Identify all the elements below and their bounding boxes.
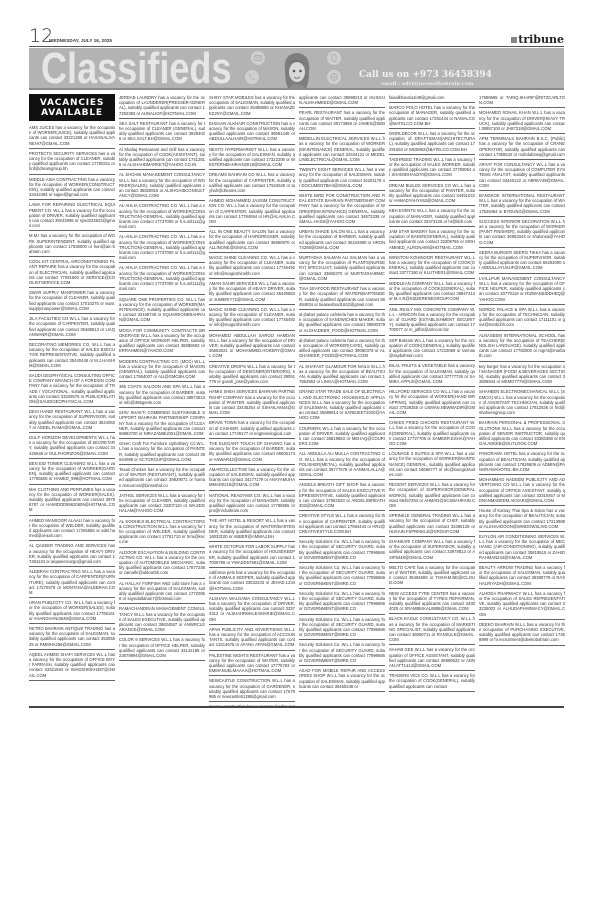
classified-ad: RETRO BAHRAIN ANTIQUE TRADING has a vaca…	[29, 625, 115, 650]
classified-ad: House of Kamay Thai Spa & Salon has a va…	[479, 507, 565, 532]
classified-ad: URBAN SHADE SALON W.L.L has a vacancy fo…	[299, 228, 385, 253]
classified-ad: PROTECTS SECURITY SERVICES has a vacancy…	[29, 150, 115, 175]
classified-ad: BEN EID TOWER CLEANING W.L.L has a vacan…	[29, 460, 115, 485]
classified-ad: ANIL REXLY MIX CONCRETE COMPANY W.L.L - …	[389, 306, 475, 336]
column-2: JERDAB LAUNDRY has a vacancy for the occ…	[119, 94, 205, 706]
classified-ad: Security Solutions Co. W.L.L has a vacan…	[299, 538, 385, 563]
classified-ad: DREAM BUILDS SERVICES CO W.L.L has a vac…	[389, 182, 475, 207]
classified-ad: WHITE BIRD FOR CONSTRUCTION AND REAL EST…	[299, 192, 385, 227]
classified-ad: JERDAB LAUNDRY has a vacancy for the occ…	[119, 94, 205, 119]
classified-ad: THE ELEGANT TOUCH OF SHAVING has a vacan…	[209, 440, 295, 465]
classified-ad: MIDDLEAN COMPANY W.L.L has a vacancy for…	[389, 280, 475, 305]
classified-ad: DEEKO BAHRAIN W.L.L has a vacancy for th…	[479, 621, 565, 646]
classified-ad: CREATIVE DROPS W.L.L has a vacancy for t…	[209, 363, 295, 388]
classified-ad: AMAN SAHIR SERVICES W.L.L has a vacancy …	[209, 280, 295, 305]
classified-ad: 17586595 or TARIQ.SHARIF@RITZCARLTON.COM	[479, 94, 565, 108]
classified-ad: MEDELLIN ELECTRICAL SERVICES W.L.L has a…	[299, 135, 385, 165]
classified-ad: ALDOOR EXCAVATION & BUILDING CONTRACTING…	[119, 549, 205, 579]
classified-ad: key burger has a vacancy for the occupat…	[479, 363, 565, 388]
classified-ad: PANORAMA HOTEL has a vacancy for the occ…	[479, 450, 565, 475]
classified-ad: SEA SALT RESTAURANT has a vacancy for th…	[119, 120, 205, 145]
classified-ad: ALHODA PHARMACY W.L.L has a vacancy for …	[479, 590, 565, 620]
classified-ad: JATHOL SERVICES W.L.L has a vacancy for …	[119, 492, 205, 517]
classifieds-columns: VACANCIES AVAILABLE AMS JUICES has a vac…	[29, 94, 564, 706]
classified-ad: applicants can contact 39998213 or HUSSA…	[299, 94, 385, 108]
classified-ad: NEWCASTLE CONSTRUCTION W.L.L has a vacan…	[209, 677, 295, 702]
classified-ad: CREATIVE STYLE W.L.L has a vacancy for t…	[299, 512, 385, 537]
classified-ad: GRAND STAR TRADE SALE OF ELECTRICAL AND …	[299, 388, 385, 423]
classified-ad: AL SHOAIB MANAGEMENT CONSULTANCY W.L.L h…	[119, 171, 205, 201]
mail-icon	[251, 51, 265, 65]
classified-ad: MAGIC SHINE CLEANING CO. W.L.L has a vac…	[209, 306, 295, 331]
classified-ad: SEERA BURGER SEERO TIKKA has a vacancy f…	[479, 249, 565, 274]
classified-ad: 365 COATS SALOON AND SPA W.L.L has a vac…	[119, 383, 205, 408]
classified-ad: AL HALLAY FORFISH AND cold store has a v…	[119, 580, 205, 605]
classified-ad: ALNASEEM INTERNATIONAL SCHOOL has a vaca…	[479, 332, 565, 362]
classified-ad: BANGKOK INTERNATIONAL RESTAURANT W.L.L h…	[479, 192, 565, 217]
heading-line-2: AVAILABLE	[29, 108, 115, 118]
email-text: email : advt@newsofbahrain.com	[381, 81, 473, 87]
classified-ad: Security Solutions Co. W.L.L has a vacan…	[299, 564, 385, 589]
classified-ad: GULF HORIZON DEVELOPMENTS W.L.L has a va…	[29, 434, 115, 459]
classified-ad: SAUDI GEOPHYSICAL CONSULTING OFFICE COMP…	[29, 372, 115, 407]
classified-ad: faisalkhanniazi49@gmail.com	[389, 94, 475, 103]
classified-ad: SHINY STAR MOBILES has a vacancy for the…	[209, 94, 295, 119]
heading-line-1: VACANCIES	[29, 98, 115, 108]
classified-ad: ALSHAYA WALGAMA CONSULTANCY W.L.L has a …	[209, 595, 295, 625]
phone-icon	[245, 70, 259, 84]
classified-ad: MARCO POLO HOTEL has a vacancy for the o…	[389, 104, 475, 129]
classified-ad: TIAA SEAFOOD RESTAURANT has a vacancy fo…	[299, 285, 385, 310]
classified-ad: COURIERX W.L.L has a vacancy for the occ…	[299, 425, 385, 450]
classified-ad: APM TERMINALS BAHRAIN B.S.C. (Public) ha…	[479, 135, 565, 160]
classified-ad: Security Solutions Co. W.L.L has a vacan…	[299, 616, 385, 641]
classified-ad: ALEBRAH CONTRACTING W.L.L has a vacancy …	[29, 568, 115, 598]
classified-ad: AL KOOHEJI ELECTRICAL CONTRACTORS & CONS…	[119, 518, 205, 548]
classified-ad: MIDDLE ASIA CONTRACTING has a vacancy fo…	[29, 176, 115, 201]
classified-ad: NATIONAL READYMIX CO. W.L.L has a vacanc…	[209, 492, 295, 517]
classified-ad: ANGELS BREATH GIFT SHOP has a vacancy fo…	[299, 481, 385, 511]
classified-ad: al-jhaber palace cafeteria has a vacancy…	[299, 311, 385, 336]
classified-ad: AHMED MOHAMMED JASSIM CONSTRUCTION CO. W…	[209, 197, 295, 227]
classified-ad: Green Craft For Furniture Upholstery Co.…	[119, 440, 205, 465]
classified-ad: MODERN CONTRACTING CO. (MCC) W.L.L has a…	[119, 358, 205, 383]
classified-ad: Security Solutions Co. W.L.L has a vacan…	[299, 590, 385, 615]
classified-ad: ALL ABDULLA ALI MULLA CONTRACTING CO. W.…	[299, 450, 385, 480]
classified-ad: HILLFORD SERVICES CO W.L.L has a vacancy…	[389, 388, 475, 418]
classified-ad: APAN PUBLICITY AND ADVERTISING W.L.L has…	[209, 626, 295, 651]
classified-ad: Al Shafaq Restaurant and Grill has a vac…	[119, 146, 205, 171]
globe-icon	[327, 70, 341, 84]
classified-ad: ASAD FOR MOBILE REPAIR AND ACCESSORIES S…	[299, 667, 385, 692]
classified-ad: PALESTINE NIGHTS RESTAURANT has a vacanc…	[209, 652, 295, 677]
classified-ad: EUYLON AIR CONDITIONING SERVICES W.L.L h…	[479, 533, 565, 563]
classified-ad: al-jhaber palace cafeteria has a vacancy…	[299, 337, 385, 362]
classified-ad: PEARL RESTAURANT has a vacancy for the o…	[299, 109, 385, 134]
classified-ad: MOHAMMAD NADEEM PUBLICITY AND ADVERTISIN…	[479, 476, 565, 506]
classified-ad: SSP Bahrain W.L.L has a vacancy for the …	[389, 337, 475, 362]
classified-ad: EHSAAN ALKHAIR CONSTRUCTION has a vacanc…	[209, 120, 295, 145]
mobile-icon	[327, 51, 341, 65]
classified-ad: AHMED MANSOOR ALAALI has a vacancy for t…	[29, 517, 115, 542]
classified-ad: COLOR 9 SERVICES W.L.L has a vacancy for…	[119, 636, 205, 661]
classified-ad: AL-AHLIA CONTRACTING CO. W.L.L has a vac…	[119, 233, 205, 263]
classified-ad: Security Solutions Co. W.L.L has a vacan…	[299, 641, 385, 666]
classified-ad: BEAUTY ARROW TRADING has a vacancy for t…	[479, 564, 565, 589]
classified-ad: SAHAB GEE W.L.L has a vacancy for the oc…	[389, 646, 475, 671]
classified-ad: AL-AHLIA CONTRACTING CO. W.L.L has a vac…	[119, 264, 205, 294]
column-5: faisalkhanniazi49@gmail.com MARCO POLO H…	[389, 94, 475, 706]
publication-date: WEDNESDAY, JULY 16, 2025	[49, 38, 112, 43]
classified-ad: MOGA FOR COMMUNITY CONTRACTS BROKERAGE W…	[119, 327, 205, 357]
classified-ad: WORLDECOR W.L.L has a vacancy for the oc…	[389, 130, 475, 155]
classified-ad: WHITE OCTOPUS FOR LABOR SUPPLY has a vac…	[209, 543, 295, 568]
classified-ad: AL QASEER TRADING AND SERVICES has a vac…	[29, 542, 115, 567]
classified-ad: KBH EVENTS W.L.L has a vacancy for the o…	[389, 207, 475, 227]
classified-ad: AL SHAFAST GLAMOUR FOR NAILS W.L.L has a…	[299, 363, 385, 388]
classified-ad: AMS JUICES has a vacancy for the occupat…	[29, 124, 115, 149]
classified-ad: NEW ACCESS TYRE CENTER has a vacancy for…	[389, 590, 475, 615]
page-header: 12 WEDNESDAY, JULY 16, 2025 tribune	[29, 26, 564, 47]
classified-ad: REGENT SERVICES W.L.L has a vacancy for …	[389, 481, 475, 511]
classified-ad: JILA FACILITIES CO W.L.L has a vacancy f…	[29, 315, 115, 340]
classified-ad: MAGIC SHINE CLEANING CO. W.L.L has a vac…	[209, 254, 295, 279]
classified-ad: SPRINKLE GENERAL TRADING W.L.L has a vac…	[389, 512, 475, 537]
classified-ad: CHIKEX FRIED CHICKEN RESTAURANT W.L.L ha…	[389, 419, 475, 449]
classified-ad: DESI HANDI RESTAURANT W.L.L has a vacanc…	[29, 408, 115, 433]
classified-ad: MELTO CAFE has a vacancy for the occupat…	[389, 564, 475, 589]
classified-ad: ARYAT FOR CONSULTANCY W.L.L has a vacanc…	[479, 161, 565, 191]
page-bottom-rule	[29, 706, 564, 708]
classified-ad: TRADERS VICS CO. W.L.L has a vacancy for…	[389, 672, 475, 692]
classified-ad: JAM STAR BAKERY has a vacancy for the oc…	[389, 228, 475, 253]
classified-ad: AL-AHLIA CONTRACTING CO. W.L.L has a vac…	[119, 202, 205, 232]
classified-ad: MOHAMED ABDULLAH SAROO HAMDAN W.L.L has …	[209, 332, 295, 362]
classified-ad: BLACK EAGLE CONSULTANCY CO. W.L.L has a …	[389, 615, 475, 645]
classified-ad: HAMIS SHEH SERVICES BAHRAIN PARTNERSHIP …	[209, 388, 295, 418]
classified-ad: MAI CLOTHING AND PERFUMES has a vacancy …	[29, 486, 115, 516]
classified-ad: WINSTON KOHINOOR RESTAURANT W.L.L has a …	[389, 254, 475, 279]
classified-ad: DECORATING MEMORIES CO. W.L.L has a vaca…	[29, 341, 115, 371]
classified-ad: M.M.I has a vacancy for the occupation o…	[29, 232, 115, 257]
classified-ad: Texas Chicken has a vacancy for the occu…	[119, 466, 205, 491]
banner-title: Classifieds	[41, 48, 232, 88]
classified-ad: california pets has a vacancy for the oc…	[209, 569, 295, 594]
classified-ad: SWAR SUPPLY MANPOWER has a vacancy for t…	[29, 289, 115, 314]
classified-ad: AMARCOLLECTIVE has a vacancy for the occ…	[209, 466, 295, 491]
column-3: SHINY STAR MOBILES has a vacancy for the…	[209, 94, 295, 706]
classified-ad: THE ART HOTEL & RESORT W.L.L has a vacan…	[209, 517, 295, 542]
classified-ad: COOL KIT CENTRAL AIRCONDITIONING PLANT R…	[29, 258, 115, 288]
classified-ad: SHIV SHAKTI COMBINED SUSTAINABLE SUPPORT…	[119, 409, 205, 439]
vacancies-available-heading: VACANCIES AVAILABLE	[29, 94, 115, 121]
operator-illustration-icon	[279, 50, 315, 88]
call-us-text: Call us on +973 36458394	[359, 70, 492, 80]
classified-ad: AQEEL AHMED SHAFI SERVICES W.L.L has a v…	[29, 651, 115, 681]
classified-ad: SHAHEEN ELECTROMECHANICAL W.L.L (SEMCO) …	[479, 388, 565, 418]
classified-ad: TAOHREED TRADING W.L.L has a vacancy for…	[389, 156, 475, 181]
page-number: 12	[29, 26, 53, 46]
column-6: 17586595 or TARIQ.SHARIF@RITZCARLTON.COM…	[479, 94, 565, 706]
classified-ad: LAMA FOR REPAIRING ELECTRICAL EQUIPMENT …	[29, 201, 115, 231]
column-1: VACANCIES AVAILABLE AMS JUICES has a vac…	[29, 94, 115, 706]
classified-ad: RAMACHANDRAN MANAGEMENT CONSULTANCY W.L.…	[119, 605, 205, 635]
classified-ad: URAN PUBLICITY CO. W.L.L has a vacancy f…	[29, 599, 115, 624]
classified-ad: LOUNAGE 3 SUITES & SPA W.L.L has a vacan…	[389, 450, 475, 480]
column-4: applicants can contact 39998213 or HUSSA…	[299, 94, 385, 706]
classified-ad: LYALLPUR MANAGEMENT CONSULTANCY W.L.L ha…	[479, 275, 565, 305]
classified-ad: BAHRAIN PERSONAL & PROFESSIONAL SOLUTION…	[479, 419, 565, 449]
classified-ad: NORDIC PALACE & SPA W.L.L has a vacancy …	[479, 306, 565, 331]
classified-ad: ALL IN ONE BEAUTY SALON has a vacancy fo…	[209, 228, 295, 253]
classified-ad: SUCCESS INTERIOR DECORATION W.L.L has a …	[479, 218, 565, 248]
classified-ad: MURTADHA SALMAN ALI SALMAN has a vacancy…	[299, 254, 385, 284]
classifieds-banner: Classifieds Call us on +973 36458394 ema…	[29, 48, 564, 88]
classified-ad: TWENTY EIGHT SERVICES W.L.L has a vacanc…	[299, 166, 385, 191]
classified-ad: MOHAMED SOHAIL KHAN W.L.L has a vacancy …	[479, 109, 565, 134]
tribune-logo: tribune	[511, 33, 564, 46]
classified-ad: SHANKARI COMPANY W.L.L has a vacancy for…	[389, 538, 475, 563]
classified-ad: BRAVE TOWN has a vacancy for the occupat…	[209, 419, 295, 439]
logo-text: tribune	[518, 33, 564, 46]
classified-ad: SQUARE ONE PROPERTIES CO. W.L.L has a va…	[119, 296, 205, 326]
classified-ad: BILAL FRUITS & VEGETABLE has a vacancy f…	[389, 362, 475, 387]
logo-mark-icon	[511, 37, 517, 43]
classified-ad: DREAMS BAHRAIN CO W.L.L has a vacancy fo…	[209, 171, 295, 196]
banner-divider	[29, 88, 564, 90]
classified-ad: NESTO HYPERMARKET W.L.L has a vacancy fo…	[209, 146, 295, 171]
